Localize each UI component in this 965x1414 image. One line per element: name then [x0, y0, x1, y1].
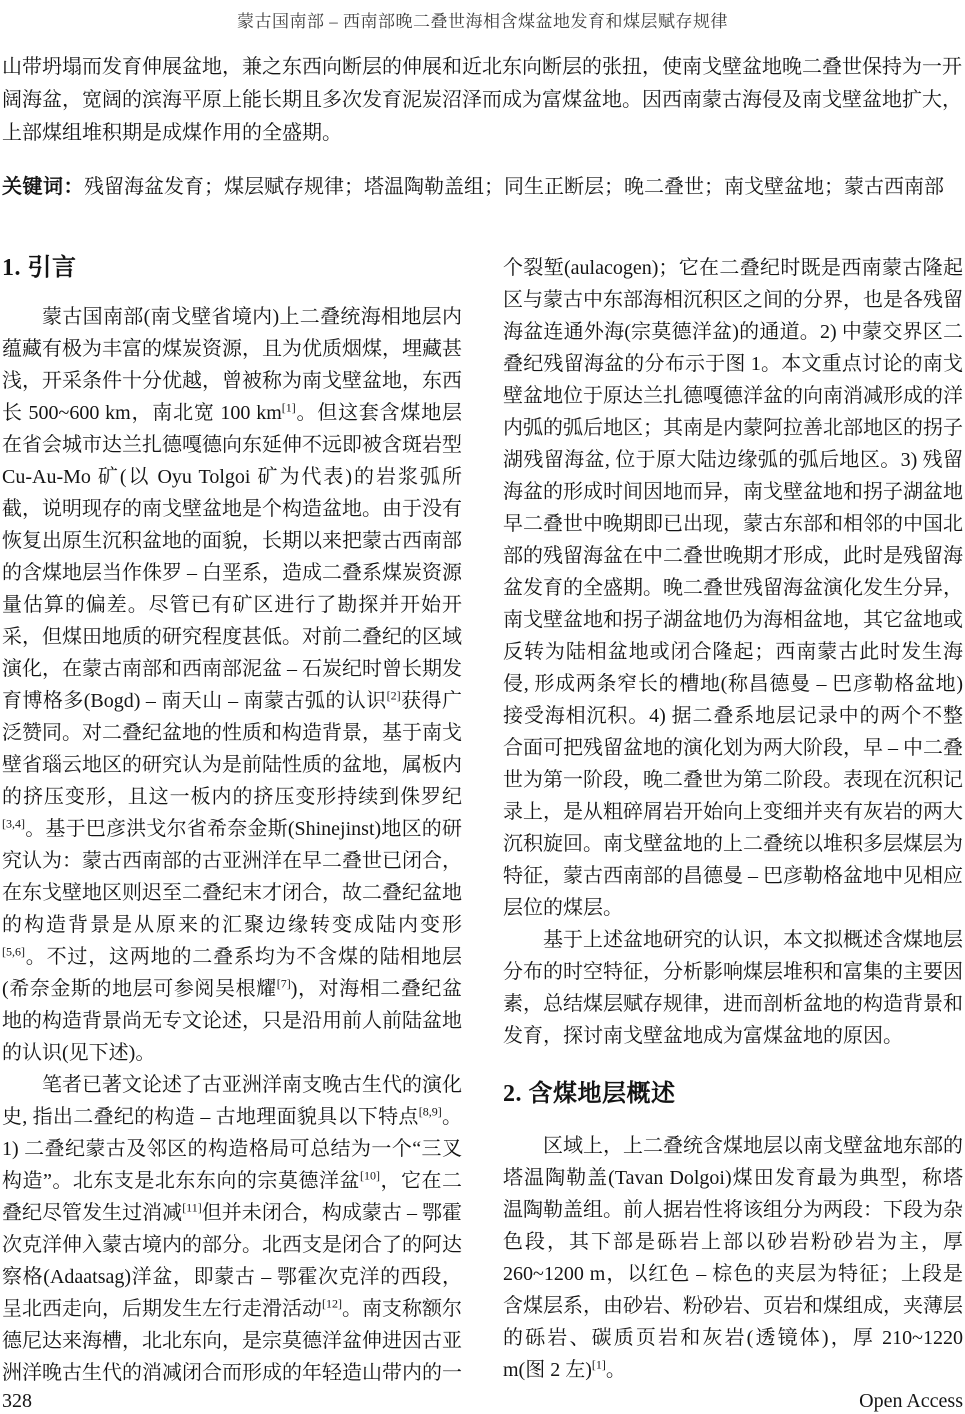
- intro-paragraph-1: 蒙古国南部(南戈壁省境内)上二叠统海相地层内蕴藏有极为丰富的煤炭资源，且为优质烟…: [2, 301, 462, 1069]
- open-access-label: Open Access: [859, 1390, 963, 1413]
- section-2-paragraph-1: 区域上，上二叠统含煤地层以南戈壁盆地东部的塔温陶勒盖(Tavan Dolgoi)…: [503, 1130, 963, 1386]
- page-footer: 328 Open Access: [2, 1390, 963, 1413]
- page-number: 328: [2, 1390, 32, 1413]
- intro-paragraph-2-continuation: 个裂堑(aulacogen)；它在二叠纪时既是西南蒙古隆起区与蒙古中东部海相沉积…: [503, 252, 963, 924]
- section-1-heading: 1. 引言: [2, 253, 462, 283]
- left-column: 1. 引言 蒙古国南部(南戈壁省境内)上二叠统海相地层内蕴藏有极为丰富的煤炭资源…: [2, 245, 462, 1389]
- intro-paragraph-2: 笔者已著文论述了古亚洲洋南支晚古生代的演化史, 指出二叠纪的构造 – 古地理面貌…: [2, 1069, 462, 1389]
- right-column: 个裂堑(aulacogen)；它在二叠纪时既是西南蒙古隆起区与蒙古中东部海相沉积…: [503, 252, 963, 1386]
- section-2-heading: 2. 含煤地层概述: [503, 1079, 963, 1109]
- intro-paragraph-3: 基于上述盆地研究的认识，本文拟概述含煤地层分布的时空特征，分析影响煤层堆积和富集…: [503, 924, 963, 1052]
- abstract-continuation-text: 山带坍塌而发育伸展盆地，兼之东西向断层的伸展和近北东向断层的张扭，使南戈壁盆地晚…: [2, 51, 962, 150]
- running-title: 蒙古国南部 – 西南部晚二叠世海相含煤盆地发育和煤层赋存规律: [0, 7, 965, 32]
- keywords-label: 关键词：: [2, 176, 84, 198]
- paper-page: 蒙古国南部 – 西南部晚二叠世海相含煤盆地发育和煤层赋存规律 山带坍塌而发育伸展…: [0, 0, 965, 1414]
- keywords-text: 残留海盆发育；煤层赋存规律；塔温陶勒盖组；同生正断层；晚二叠世；南戈壁盆地；蒙古…: [84, 176, 944, 198]
- keywords-line: 关键词：残留海盆发育；煤层赋存规律；塔温陶勒盖组；同生正断层；晚二叠世；南戈壁盆…: [2, 173, 962, 201]
